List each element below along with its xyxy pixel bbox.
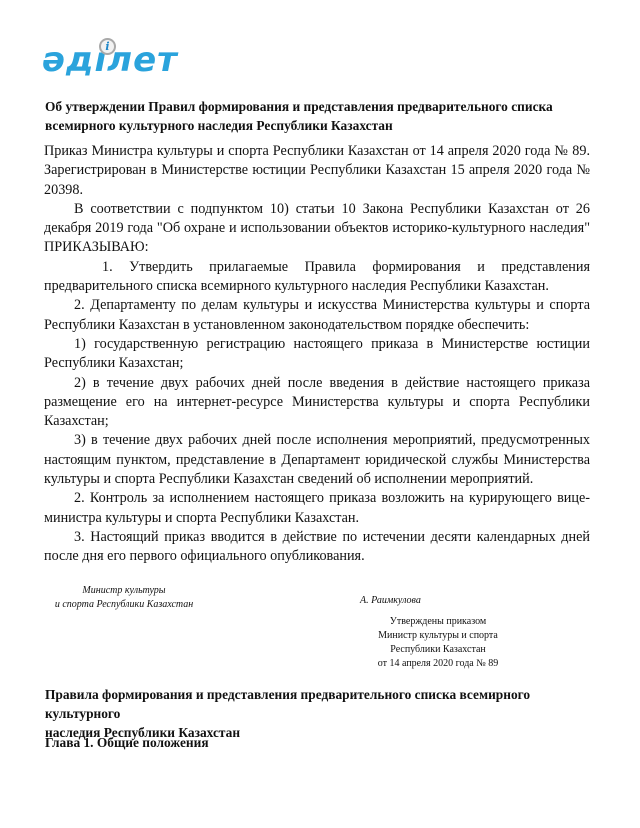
document-title: Об утверждении Правил формирования и пре… bbox=[45, 97, 597, 135]
signatory-position-line: и спорта Республики Казахстан bbox=[44, 598, 204, 612]
info-magnifier-icon: i bbox=[99, 38, 116, 55]
signatory-position: Министр культуры и спорта Республики Каз… bbox=[44, 584, 204, 612]
approval-line: Министр культуры и спорта bbox=[368, 629, 508, 643]
approval-line: Республики Казахстан bbox=[368, 643, 508, 657]
item-paragraph: 2. Департаменту по делам культуры и иску… bbox=[44, 296, 590, 335]
approval-line: от 14 апреля 2020 года № 89 bbox=[368, 657, 508, 671]
approval-line: Утверждены приказом bbox=[368, 615, 508, 629]
item-paragraph: 3. Настоящий приказ вводится в действие … bbox=[44, 528, 590, 567]
approval-block: Утверждены приказом Министр культуры и с… bbox=[368, 615, 508, 671]
subitem-paragraph: 3) в течение двух рабочих дней после исп… bbox=[44, 431, 590, 489]
signatory-position-line: Министр культуры bbox=[44, 584, 204, 598]
item-paragraph: 2. Контроль за исполнением настоящего пр… bbox=[44, 489, 590, 528]
adilet-logo[interactable]: әділет i bbox=[42, 40, 182, 84]
subitem-paragraph: 1) государственную регистрацию настоящег… bbox=[44, 335, 590, 374]
preamble-paragraph: В соответствии с подпунктом 10) статьи 1… bbox=[44, 200, 590, 258]
document-page: әділет i Об утверждении Правил формирова… bbox=[0, 0, 640, 828]
document-title-line: всемирного культурного наследия Республи… bbox=[45, 116, 597, 135]
signatory-name: А. Раимкулова bbox=[360, 594, 421, 608]
chapter-title: Глава 1. Общие положения bbox=[45, 733, 597, 752]
intro-paragraph: Приказ Министра культуры и спорта Респуб… bbox=[44, 142, 590, 200]
item-paragraph: 1. Утвердить прилагаемые Правила формиро… bbox=[44, 258, 590, 297]
rules-title-line: Правила формирования и представления пре… bbox=[45, 685, 597, 723]
subitem-paragraph: 2) в течение двух рабочих дней после вве… bbox=[44, 374, 590, 432]
document-body: Приказ Министра культуры и спорта Респуб… bbox=[44, 142, 590, 567]
document-title-line: Об утверждении Правил формирования и пре… bbox=[45, 97, 597, 116]
